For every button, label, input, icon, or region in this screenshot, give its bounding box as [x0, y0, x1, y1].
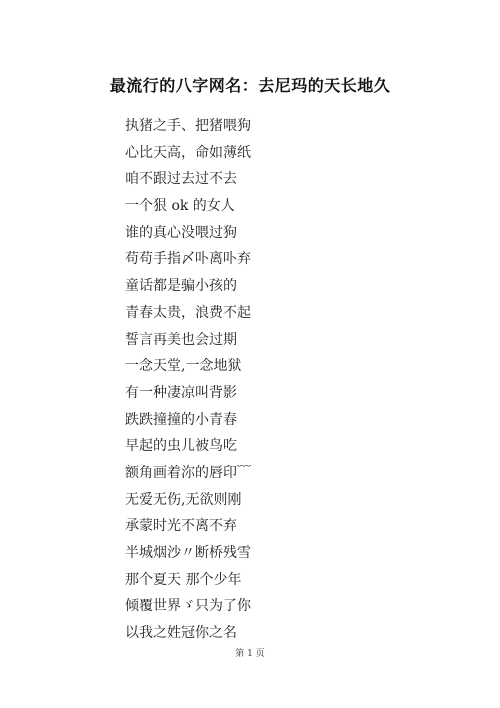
document-title: 最流行的八字网名：去尼玛的天长地久 — [0, 73, 500, 96]
name-list: 执猪之手、把猪喂狗 心比天高，命如薄纸 咱不跟过去过不去 一个狠 ok 的女人 … — [125, 113, 251, 647]
page-number: 第 1 页 — [0, 646, 500, 659]
list-item: 青春太贵，浪费不起 — [125, 300, 251, 327]
list-item: 以我之姓冠你之名 — [125, 620, 251, 647]
list-item: 咱不跟过去过不去 — [125, 166, 251, 193]
list-item: 执猪之手、把猪喂狗 — [125, 113, 251, 140]
list-item: 童话都是骗小孩的 — [125, 273, 251, 300]
list-item: 一个狠 ok 的女人 — [125, 193, 251, 220]
list-item: 心比天高，命如薄纸 — [125, 140, 251, 167]
list-item: 半城烟沙〃断桥残雪 — [125, 540, 251, 567]
list-item: 倾覆世界ゞ只为了你 — [125, 593, 251, 620]
document-page: 最流行的八字网名：去尼玛的天长地久 执猪之手、把猪喂狗 心比天高，命如薄纸 咱不… — [0, 0, 500, 708]
list-item: 额角画着沵的唇印﹋ — [125, 460, 251, 487]
list-item: 一念天堂,一念地狱 — [125, 353, 251, 380]
list-item: 谁的真心没喂过狗 — [125, 220, 251, 247]
list-item: 誓言再美也会过期 — [125, 327, 251, 354]
list-item: 承蒙时光不离不弃 — [125, 513, 251, 540]
list-item: 早起的虫儿被鸟吃 — [125, 433, 251, 460]
list-item: 无爱无伤,无欲则刚 — [125, 487, 251, 514]
list-item: 有一种凄凉叫背影 — [125, 380, 251, 407]
list-item: 那个夏天 那个少年 — [125, 567, 251, 594]
list-item: 跌跌撞撞的小青春 — [125, 407, 251, 434]
list-item: 苟苟手指〆卟离卟弃 — [125, 246, 251, 273]
